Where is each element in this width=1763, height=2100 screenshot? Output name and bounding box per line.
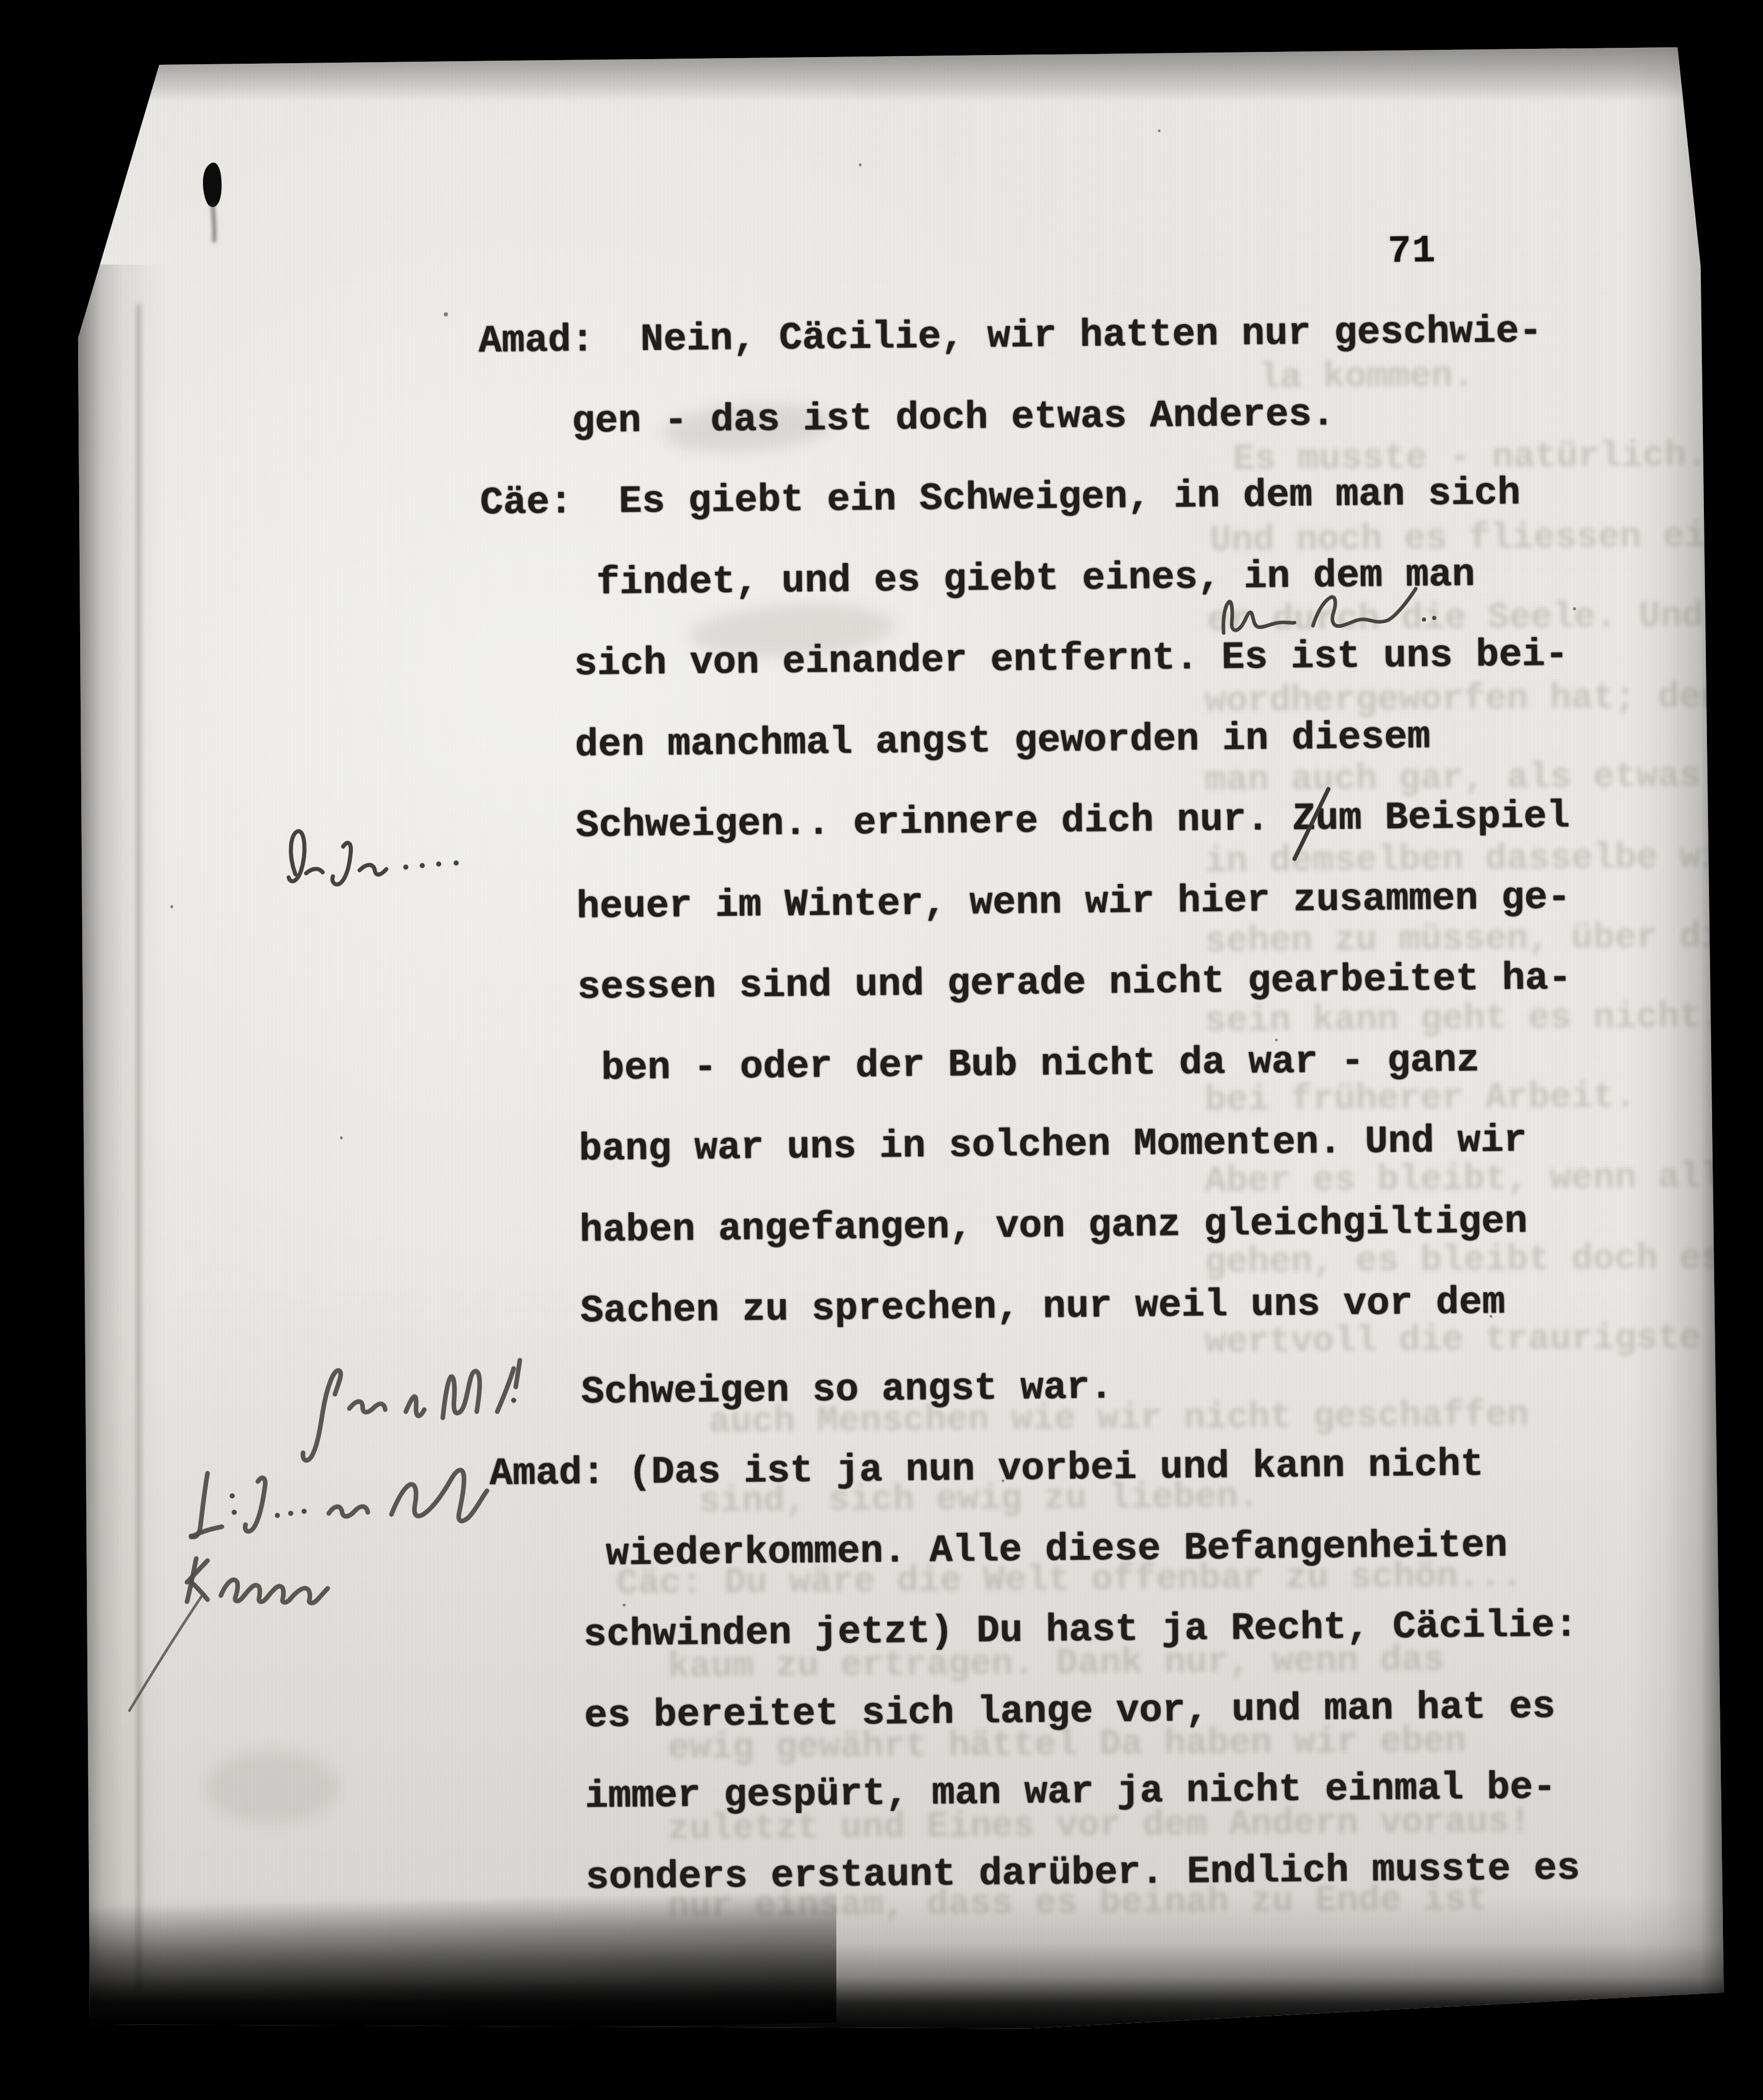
typescript-line: den manchmal angst geworden in diesem [482, 695, 1569, 786]
typescript-line: sessen sind und gerade nicht gearbeitet … [484, 938, 1572, 1029]
scanned-manuscript-page: la kommen.Es musste - natürlich.Und noch… [0, 0, 1763, 2100]
typescript-line: findet, und es giebt eines, in dem man [480, 533, 1568, 625]
dust-speck [1158, 129, 1160, 132]
page-number: 71 [1387, 232, 1436, 271]
dust-speck [444, 312, 448, 316]
typescript-line: Amad: Nein, Cäcilie, wir hatten nur gesc… [478, 291, 1566, 382]
typescript-line: bang war uns in solchen Momenten. Und wi… [486, 1100, 1573, 1191]
typescript-line: Schweigen so angst war. [489, 1342, 1576, 1434]
typescript-line: sonders erstaunt darüber. Endlich musste… [493, 1828, 1581, 1919]
typescript-text-block: Amad: Nein, Cäcilie, wir hatten nur gesc… [478, 291, 1580, 1919]
dust-speck [623, 1604, 626, 1606]
typescript-line: Sachen zu sprechen, nur weil uns vor dem [487, 1262, 1575, 1353]
typescript-line: heuer im Winter, wenn wir hier zusammen … [483, 857, 1571, 948]
dust-speck [1573, 607, 1576, 610]
typescript-line: haben angefangen, von ganz gleichgiltige… [486, 1180, 1574, 1272]
typescript-line: ben - oder der Bub nicht da war - ganz [485, 1019, 1572, 1110]
dust-speck [340, 1136, 343, 1139]
typescript-line: Amad: (Das ist ja nun vorbei und kann ni… [489, 1423, 1577, 1515]
typescript-line: sich von einander entfernt. Es ist uns b… [481, 614, 1569, 706]
typescript-line: schwinden jetzt) Du hast ja Recht, Cäcil… [491, 1585, 1578, 1677]
dust-speck [1002, 1479, 1004, 1482]
typescript-line: immer gespürt, man war ja nicht einmal b… [492, 1747, 1580, 1839]
typescript-line: gen - das ist doch etwas Anderes. [479, 371, 1566, 463]
dust-speck [1490, 1315, 1492, 1318]
typescript-line: wiederkommen. Alle diese Befangenheiten [490, 1504, 1578, 1596]
ink-smudge [205, 1751, 339, 1823]
dust-speck [859, 163, 861, 166]
dust-speck [1275, 1039, 1278, 1041]
typescript-line: es bereitet sich lange vor, und man hat … [492, 1666, 1579, 1757]
typescript-line: Schweigen.. erinnere dich nur. Zum Beisp… [483, 776, 1570, 868]
typescript-line: Cäe: Es giebt ein Schweigen, in dem man … [480, 453, 1567, 544]
dust-speck [171, 905, 173, 908]
